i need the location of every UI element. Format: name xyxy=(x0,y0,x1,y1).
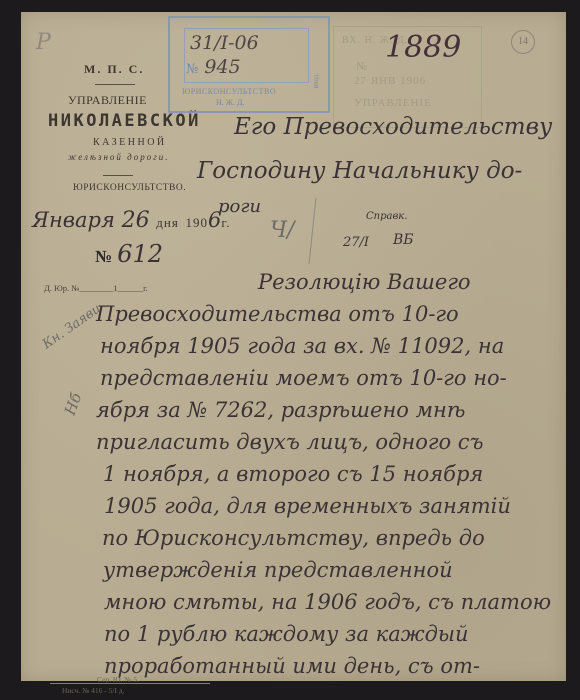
letterhead-railway: желѣзной дороги. xyxy=(68,152,170,162)
letterhead-divider xyxy=(95,84,135,85)
number-value: 612 xyxy=(117,240,163,268)
registry-stamp-handwritten-number: 1889 xyxy=(385,30,461,65)
registry-stamp-number-label: № xyxy=(356,59,367,74)
address-line-2: Господину Начальнику до- xyxy=(197,158,522,184)
date-day: 26 xyxy=(122,208,150,233)
body-line: проработанный ими день, съ от- xyxy=(104,654,480,678)
letterhead-department: УПРАВЛЕНІЕ xyxy=(68,93,147,108)
date-day-label: дня xyxy=(156,215,179,230)
corner-pencil-mark: Р xyxy=(36,30,51,55)
incoming-stamp-label: ЮРИСКОНСУЛЬТСТВО xyxy=(182,87,276,96)
registry-stamp-text: УПРАВЛЕНІЕ xyxy=(354,97,432,109)
date-year-prefix: 190 xyxy=(186,215,209,230)
letterhead-type: КАЗЕННОЙ xyxy=(93,137,167,148)
document-number: № 612 xyxy=(95,240,163,268)
page-number-circle: 14 xyxy=(511,30,535,54)
incoming-stamp-sublabel: Н. Ж. Д. xyxy=(216,98,244,107)
body-line: утвержденія представленной xyxy=(103,558,453,582)
date-year-suffix: г. xyxy=(221,215,230,230)
letterhead-railway-name: НИКОЛАЕВСКОЙ xyxy=(48,111,201,131)
date-month: Января xyxy=(32,208,115,232)
letterhead-office: ЮРИСКОНСУЛЬТСТВО. xyxy=(73,183,186,193)
address-line-3: роги xyxy=(218,196,261,217)
registry-stamp-date: 27 ЯНВ 1906 xyxy=(354,75,426,87)
incoming-stamp: 31/I-06 № 945 ЮРИСКОНСУЛЬТСТВО Н. Ж. Д. … xyxy=(168,16,330,113)
incoming-stamp-number-value: 945 xyxy=(204,56,240,78)
number-sign: № xyxy=(95,247,112,266)
case-reference: Д. Юр. №________1______г. xyxy=(44,283,148,293)
footer-print-info: Нисч. № 416 - 5/I д. xyxy=(62,686,125,695)
body-line: ноября 1905 года за вх. № 11092, на xyxy=(100,334,504,358)
letterhead-divider-2 xyxy=(103,175,133,176)
body-line: мною смѣты, на 1906 годъ, съ платою xyxy=(104,590,551,614)
body-line: ября за № 7262, разрѣшено мнѣ xyxy=(96,398,465,422)
body-line: Резолюцію Вашего xyxy=(258,270,471,294)
incoming-stamp-number-sign: № xyxy=(186,62,198,77)
letterhead-ministry: М. П. С. xyxy=(84,62,144,77)
incoming-stamp-side-text: вход. xyxy=(312,73,320,88)
pencil-mark-middle: Ч/ xyxy=(270,218,294,243)
resolution-word: Справк. xyxy=(366,211,407,222)
body-line: по 1 рублю каждому за каждый xyxy=(104,622,469,646)
document-date: Января 26 дня 1906г. xyxy=(32,208,231,233)
body-line: 1 ноября, а второго съ 15 ноября xyxy=(103,462,483,486)
body-line: по Юрисконсультству, впредь до xyxy=(102,526,485,550)
incoming-stamp-number: № 945 xyxy=(186,56,241,78)
resolution-date: 27/I xyxy=(343,235,369,250)
body-line: 1905 года, для временныхъ занятій xyxy=(104,494,511,518)
body-line: представленіи моемъ отъ 10-го но- xyxy=(100,366,507,390)
incoming-stamp-date: 31/I-06 xyxy=(190,32,259,54)
footer-divider xyxy=(50,683,210,684)
resolution-signature: ВБ xyxy=(393,232,414,248)
body-line: пригласить двухъ лицъ, одного съ xyxy=(96,430,484,454)
body-line: Превосходительства отъ 10-го xyxy=(96,302,459,326)
address-line-1: Его Превосходительству xyxy=(234,114,552,140)
